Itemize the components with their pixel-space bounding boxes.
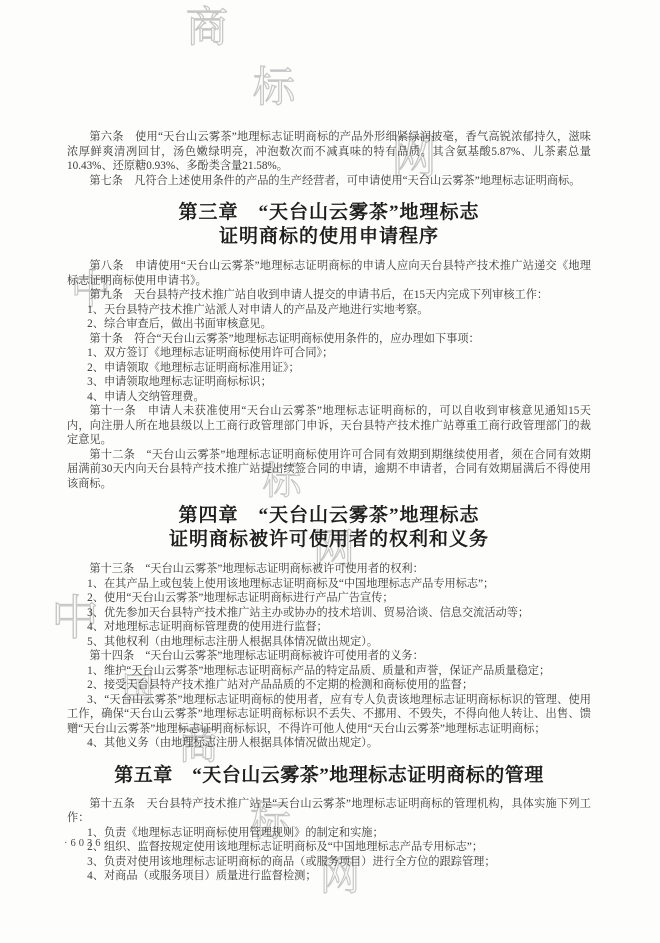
paragraph: 1、维护“天台山云雾茶”地理标志证明商标产品的特定品质、质量和声誉，保证产品质量… [67,664,591,679]
paragraph: 第七条 凡符合上述使用条件的产品的生产经营者，可申请使用“天台山云雾茶”地理标志… [67,174,591,189]
scanned-document-page: 商标网中标网中国商标网 第六条 使用“天台山云雾茶”地理标志证明商标的产品外形细… [0,0,660,943]
paragraph: 第十条 符合“天台山云雾茶”地理标志证明商标使用条件的，应办理如下事项： [67,332,591,347]
paragraph: 3、“天台山云雾茶”地理标志证明商标的使用者，应有专人负责该地理标志证明商标标识… [67,693,591,737]
chapter-heading: 第四章 “天台山云雾茶”地理标志 [67,504,591,528]
svg-text:商: 商 [186,4,228,50]
paragraph: 4、申请人交纳管理费。 [67,390,591,405]
chapter-heading: 证明商标被许可使用者的权利和义务 [67,528,591,552]
chapter-heading: 第五章 “天台山云雾茶”地理标志证明商标的管理 [67,764,591,788]
paragraph: 4、对商品（或服务项目）质量进行监督检测； [67,869,591,884]
paragraph: 3、优先参加天台县特产技术推广站主办或协办的技术培训、贸易洽谈、信息交流活动等； [67,606,591,621]
paragraph: 第十三条 “天台山云雾茶”地理标志证明商标被许可使用者的权利： [67,562,591,577]
paragraph: 第十四条 “天台山云雾茶”地理标志证明商标被许可使用者的义务： [67,649,591,664]
watermark-glyph-1: 商 [183,2,231,50]
paragraph: 2、组织、监督按规定使用该地理标志证明商标及“中国地理标志产品专用标志”； [67,840,591,855]
paragraph: 第八条 申请使用“天台山云雾茶”地理标志证明商标的申请人应向天台县特产技术推广站… [67,259,591,288]
paragraph: 2、接受天台县特产技术推广站对产品品质的不定期的检测和商标使用的监督； [67,678,591,693]
paragraph: 5、其他权利（由地理标志注册人根据具体情况做出规定）。 [67,635,591,650]
paragraph: 第十一条 申请人未获准使用“天台山云雾茶”地理标志证明商标的，可以自收到审核意见… [67,404,591,448]
paragraph: 第九条 天台县特产技术推广站自收到申请人提交的申请书后，在15天内完成下列审核工… [67,288,591,303]
chapter-heading: 证明商标的使用申请程序 [67,225,591,249]
paragraph: 第十五条 天台县特产技术推广站是“天台山云雾茶”地理标志证明商标的管理机构，具体… [67,797,591,826]
document-body: 第六条 使用“天台山云雾茶”地理标志证明商标的产品外形细紧绿润披毫，香气高锐浓郁… [67,130,591,884]
paragraph: 3、负责对使用该地理标志证明商标的商品（或服务项目）进行全方位的跟踪管理； [67,855,591,870]
paragraph: 第六条 使用“天台山云雾茶”地理标志证明商标的产品外形细紧绿润披毫，香气高锐浓郁… [67,130,591,174]
paragraph: 1、双方签订《地理标志证明商标使用许可合同》； [67,346,591,361]
page-number: ·6036· [64,838,110,849]
watermark-glyph-2: 标 [250,62,298,110]
paragraph: 2、使用“天台山云雾茶”地理标志证明商标进行产品广告宣传； [67,591,591,606]
paragraph: 1、负责《地理标志证明商标使用管理规则》的制定和实施； [67,826,591,841]
paragraph: 2、综合审查后，做出书面审核意见。 [67,317,591,332]
paragraph: 4、对地理标志证明商标管理费的使用进行监督； [67,620,591,635]
paragraph: 4、其他义务（由地理标志注册人根据具体情况做出规定）。 [67,736,591,751]
paragraph: 第十二条 “天台山云雾茶”地理标志证明商标使用许可合同有效期到期继续使用者，须在… [67,448,591,492]
paragraph: 2、申请领取《地理标志证明商标准用证》； [67,361,591,376]
svg-text:标: 标 [253,64,297,110]
paragraph: 1、天台县特产技术推广站派人对申请人的产品及产地进行实地考察。 [67,303,591,318]
chapter-heading: 第三章 “天台山云雾茶”地理标志 [67,201,591,225]
paragraph: 1、在其产品上或包装上使用该地理标志证明商标及“中国地理标志产品专用标志”； [67,577,591,592]
paragraph: 3、申请领取地理标志证明商标标识； [67,375,591,390]
